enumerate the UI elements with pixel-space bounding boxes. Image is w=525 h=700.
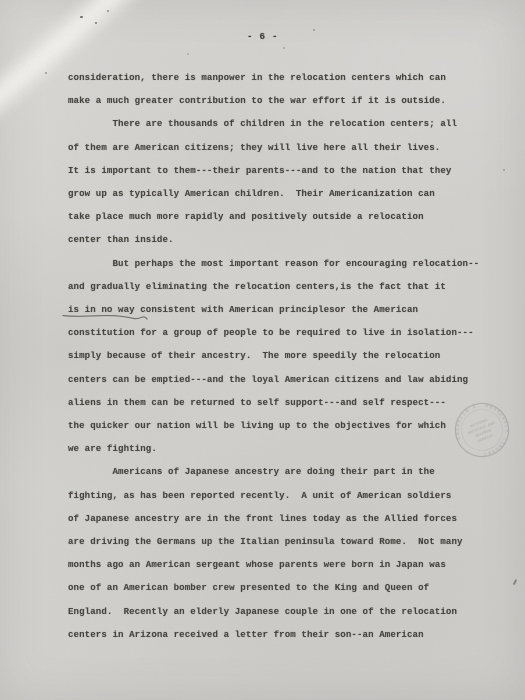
ink-speck <box>283 47 285 49</box>
page-number: - 6 - <box>0 31 525 42</box>
ink-speck <box>80 16 83 18</box>
stamp-center-line: SERVICE <box>477 434 495 444</box>
ink-speck <box>45 72 47 74</box>
ink-speck <box>513 579 517 585</box>
ink-speck <box>95 22 97 24</box>
typewritten-text: consideration, there is manpower in the … <box>68 66 479 646</box>
ink-speck <box>107 10 109 12</box>
document-page: - 6 - consideration, there is manpower i… <box>0 0 525 700</box>
ink-speck <box>503 169 505 171</box>
ink-speck <box>187 53 189 55</box>
